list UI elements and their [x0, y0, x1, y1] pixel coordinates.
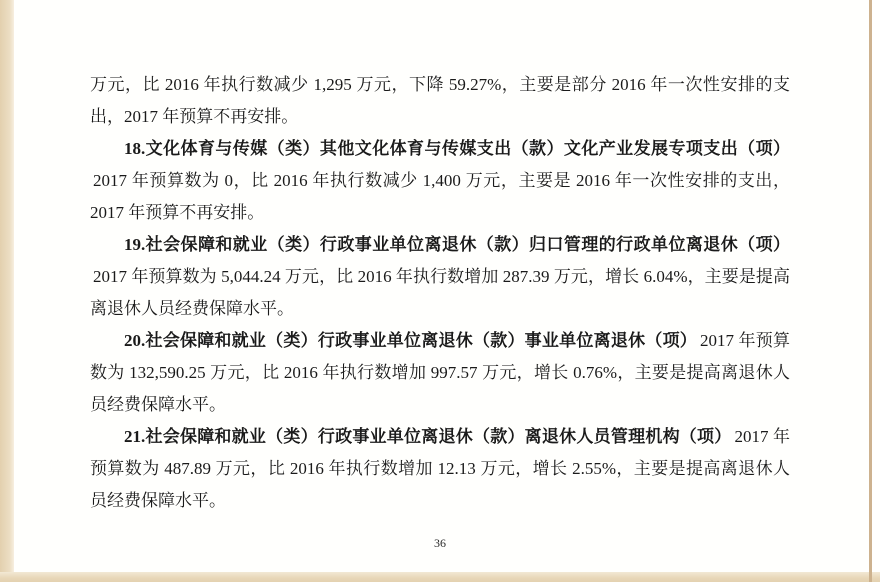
- paragraph-item-21: 21.社会保障和就业（类）行政事业单位离退休（款）离退休人员管理机构（项）201…: [90, 421, 790, 517]
- scan-edge-right-line: [869, 0, 872, 582]
- paragraph-text: 万元，比 2016 年执行数减少 1,295 万元，下降 59.27%，主要是部…: [90, 75, 790, 126]
- scan-edge-bottom: [0, 572, 880, 582]
- paragraph-heading: 21.社会保障和就业（类）行政事业单位离退休（款）离退休人员管理机构（项）: [124, 427, 732, 446]
- paragraph-item-19: 19.社会保障和就业（类）行政事业单位离退休（款）归口管理的行政单位离退休（项）…: [90, 229, 790, 325]
- paragraph-item-18: 18.文化体育与传媒（类）其他文化体育与传媒支出（款）文化产业发展专项支出（项）…: [90, 133, 790, 229]
- paragraph-item-20: 20.社会保障和就业（类）行政事业单位离退休（款）事业单位离退休（项）2017 …: [90, 325, 790, 421]
- paragraph-heading: 19.社会保障和就业（类）行政事业单位离退休（款）归口管理的行政单位离退休（项）: [124, 235, 790, 254]
- paragraph-heading: 20.社会保障和就业（类）行政事业单位离退休（款）事业单位离退休（项）: [124, 331, 697, 350]
- scan-edge-left: [0, 0, 14, 582]
- page-number: 36: [0, 536, 880, 551]
- document-page: 万元，比 2016 年执行数减少 1,295 万元，下降 59.27%，主要是部…: [0, 0, 880, 582]
- paragraph-text: 2017 年预算数为 5,044.24 万元，比 2016 年执行数增加 287…: [90, 267, 790, 318]
- paragraph-text: 2017 年预算数为 0，比 2016 年执行数减少 1,400 万元，主要是 …: [90, 171, 790, 222]
- page-content: 万元，比 2016 年执行数减少 1,295 万元，下降 59.27%，主要是部…: [90, 69, 790, 517]
- paragraph-continuation: 万元，比 2016 年执行数减少 1,295 万元，下降 59.27%，主要是部…: [90, 69, 790, 133]
- paragraph-heading: 18.文化体育与传媒（类）其他文化体育与传媒支出（款）文化产业发展专项支出（项）: [124, 139, 790, 158]
